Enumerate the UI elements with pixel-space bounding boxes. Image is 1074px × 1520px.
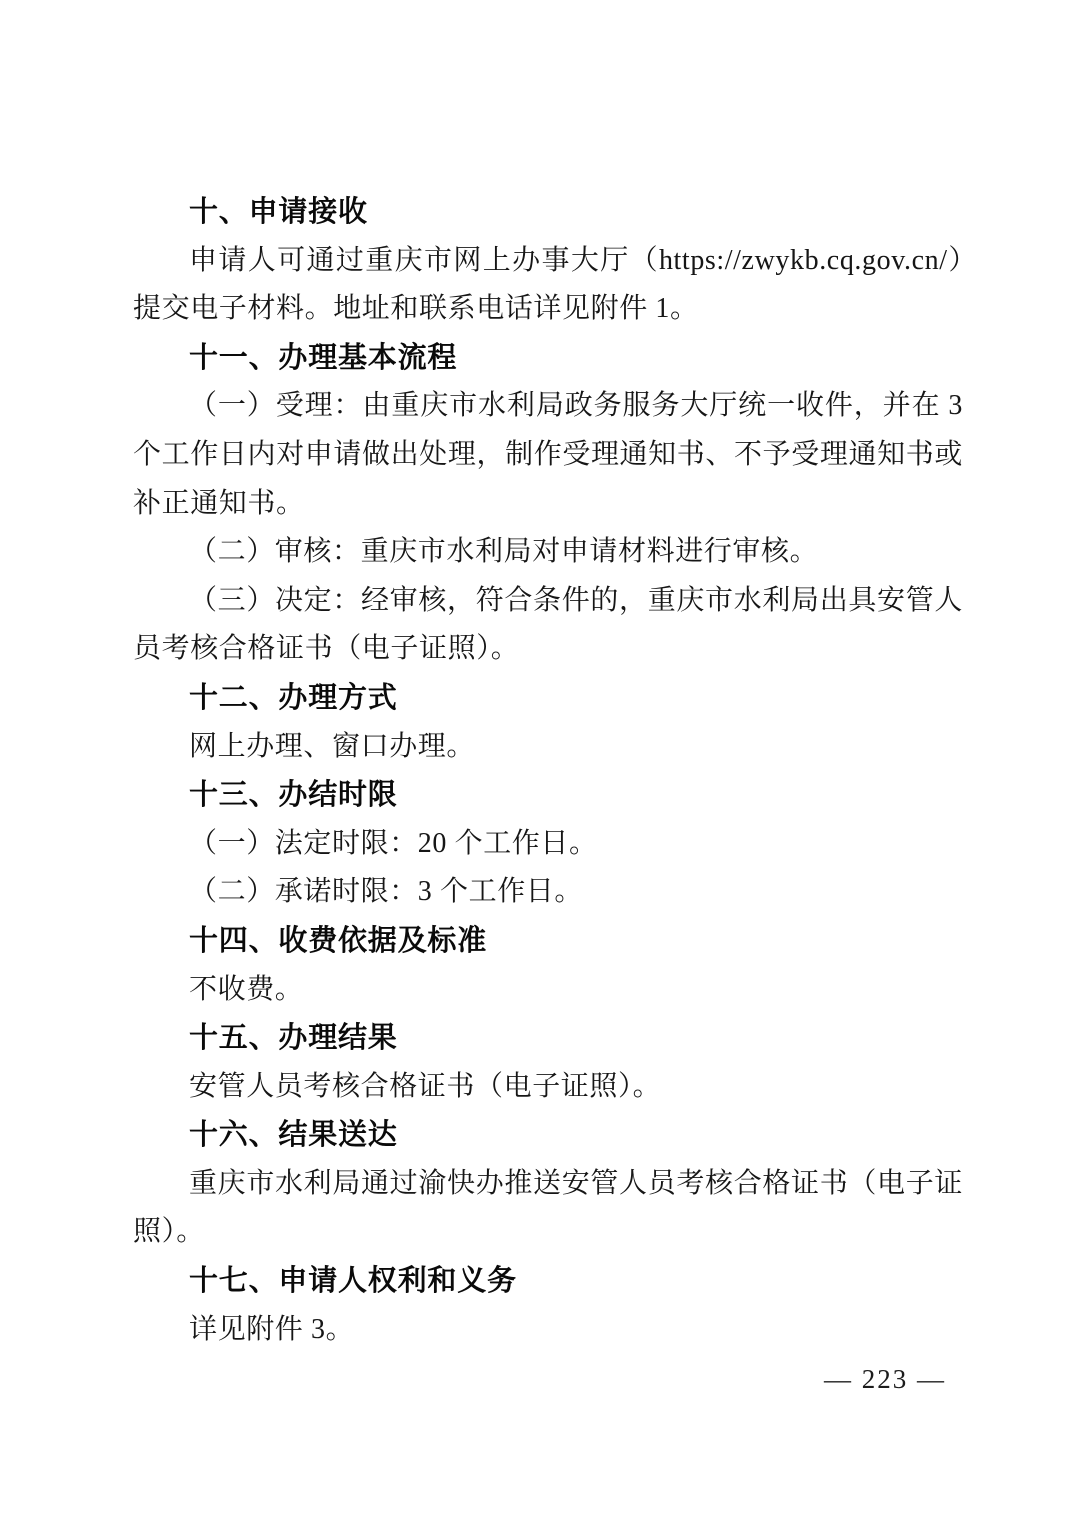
- section-heading: 十四、收费依据及标准: [133, 917, 963, 966]
- paragraph: 安管人员考核合格证书（电子证照）。: [133, 1063, 963, 1112]
- paragraph: （二）承诺时限：3 个工作日。: [133, 868, 963, 917]
- paragraph: 申请人可通过重庆市网上办事大厅（https://zwykb.cq.gov.cn/…: [133, 237, 963, 334]
- section-heading: 十三、办结时限: [133, 771, 963, 820]
- paragraph: （二）审核：重庆市水利局对申请材料进行审核。: [133, 528, 963, 577]
- paragraph: （三）决定：经审核，符合条件的，重庆市水利局出具安管人员考核合格证书（电子证照）…: [133, 577, 963, 674]
- section-heading: 十一、办理基本流程: [133, 334, 963, 383]
- paragraph: 重庆市水利局通过渝快办推送安管人员考核合格证书（电子证照）。: [133, 1160, 963, 1257]
- page-number: — 223 —: [824, 1364, 946, 1395]
- paragraph: （一）受理：由重庆市水利局政务服务大厅统一收件，并在 3 个工作日内对申请做出处…: [133, 382, 963, 528]
- paragraph: 网上办理、窗口办理。: [133, 723, 963, 772]
- section-heading: 十六、结果送达: [133, 1111, 963, 1160]
- document-page: 十、申请接收申请人可通过重庆市网上办事大厅（https://zwykb.cq.g…: [0, 0, 1074, 1520]
- section-heading: 十、申请接收: [133, 188, 963, 237]
- section-heading: 十五、办理结果: [133, 1014, 963, 1063]
- section-heading: 十二、办理方式: [133, 674, 963, 723]
- section-heading: 十七、申请人权利和义务: [133, 1257, 963, 1306]
- paragraph: 不收费。: [133, 966, 963, 1015]
- paragraph: 详见附件 3。: [133, 1306, 963, 1355]
- document-body: 十、申请接收申请人可通过重庆市网上办事大厅（https://zwykb.cq.g…: [133, 188, 963, 1354]
- paragraph: （一）法定时限：20 个工作日。: [133, 820, 963, 869]
